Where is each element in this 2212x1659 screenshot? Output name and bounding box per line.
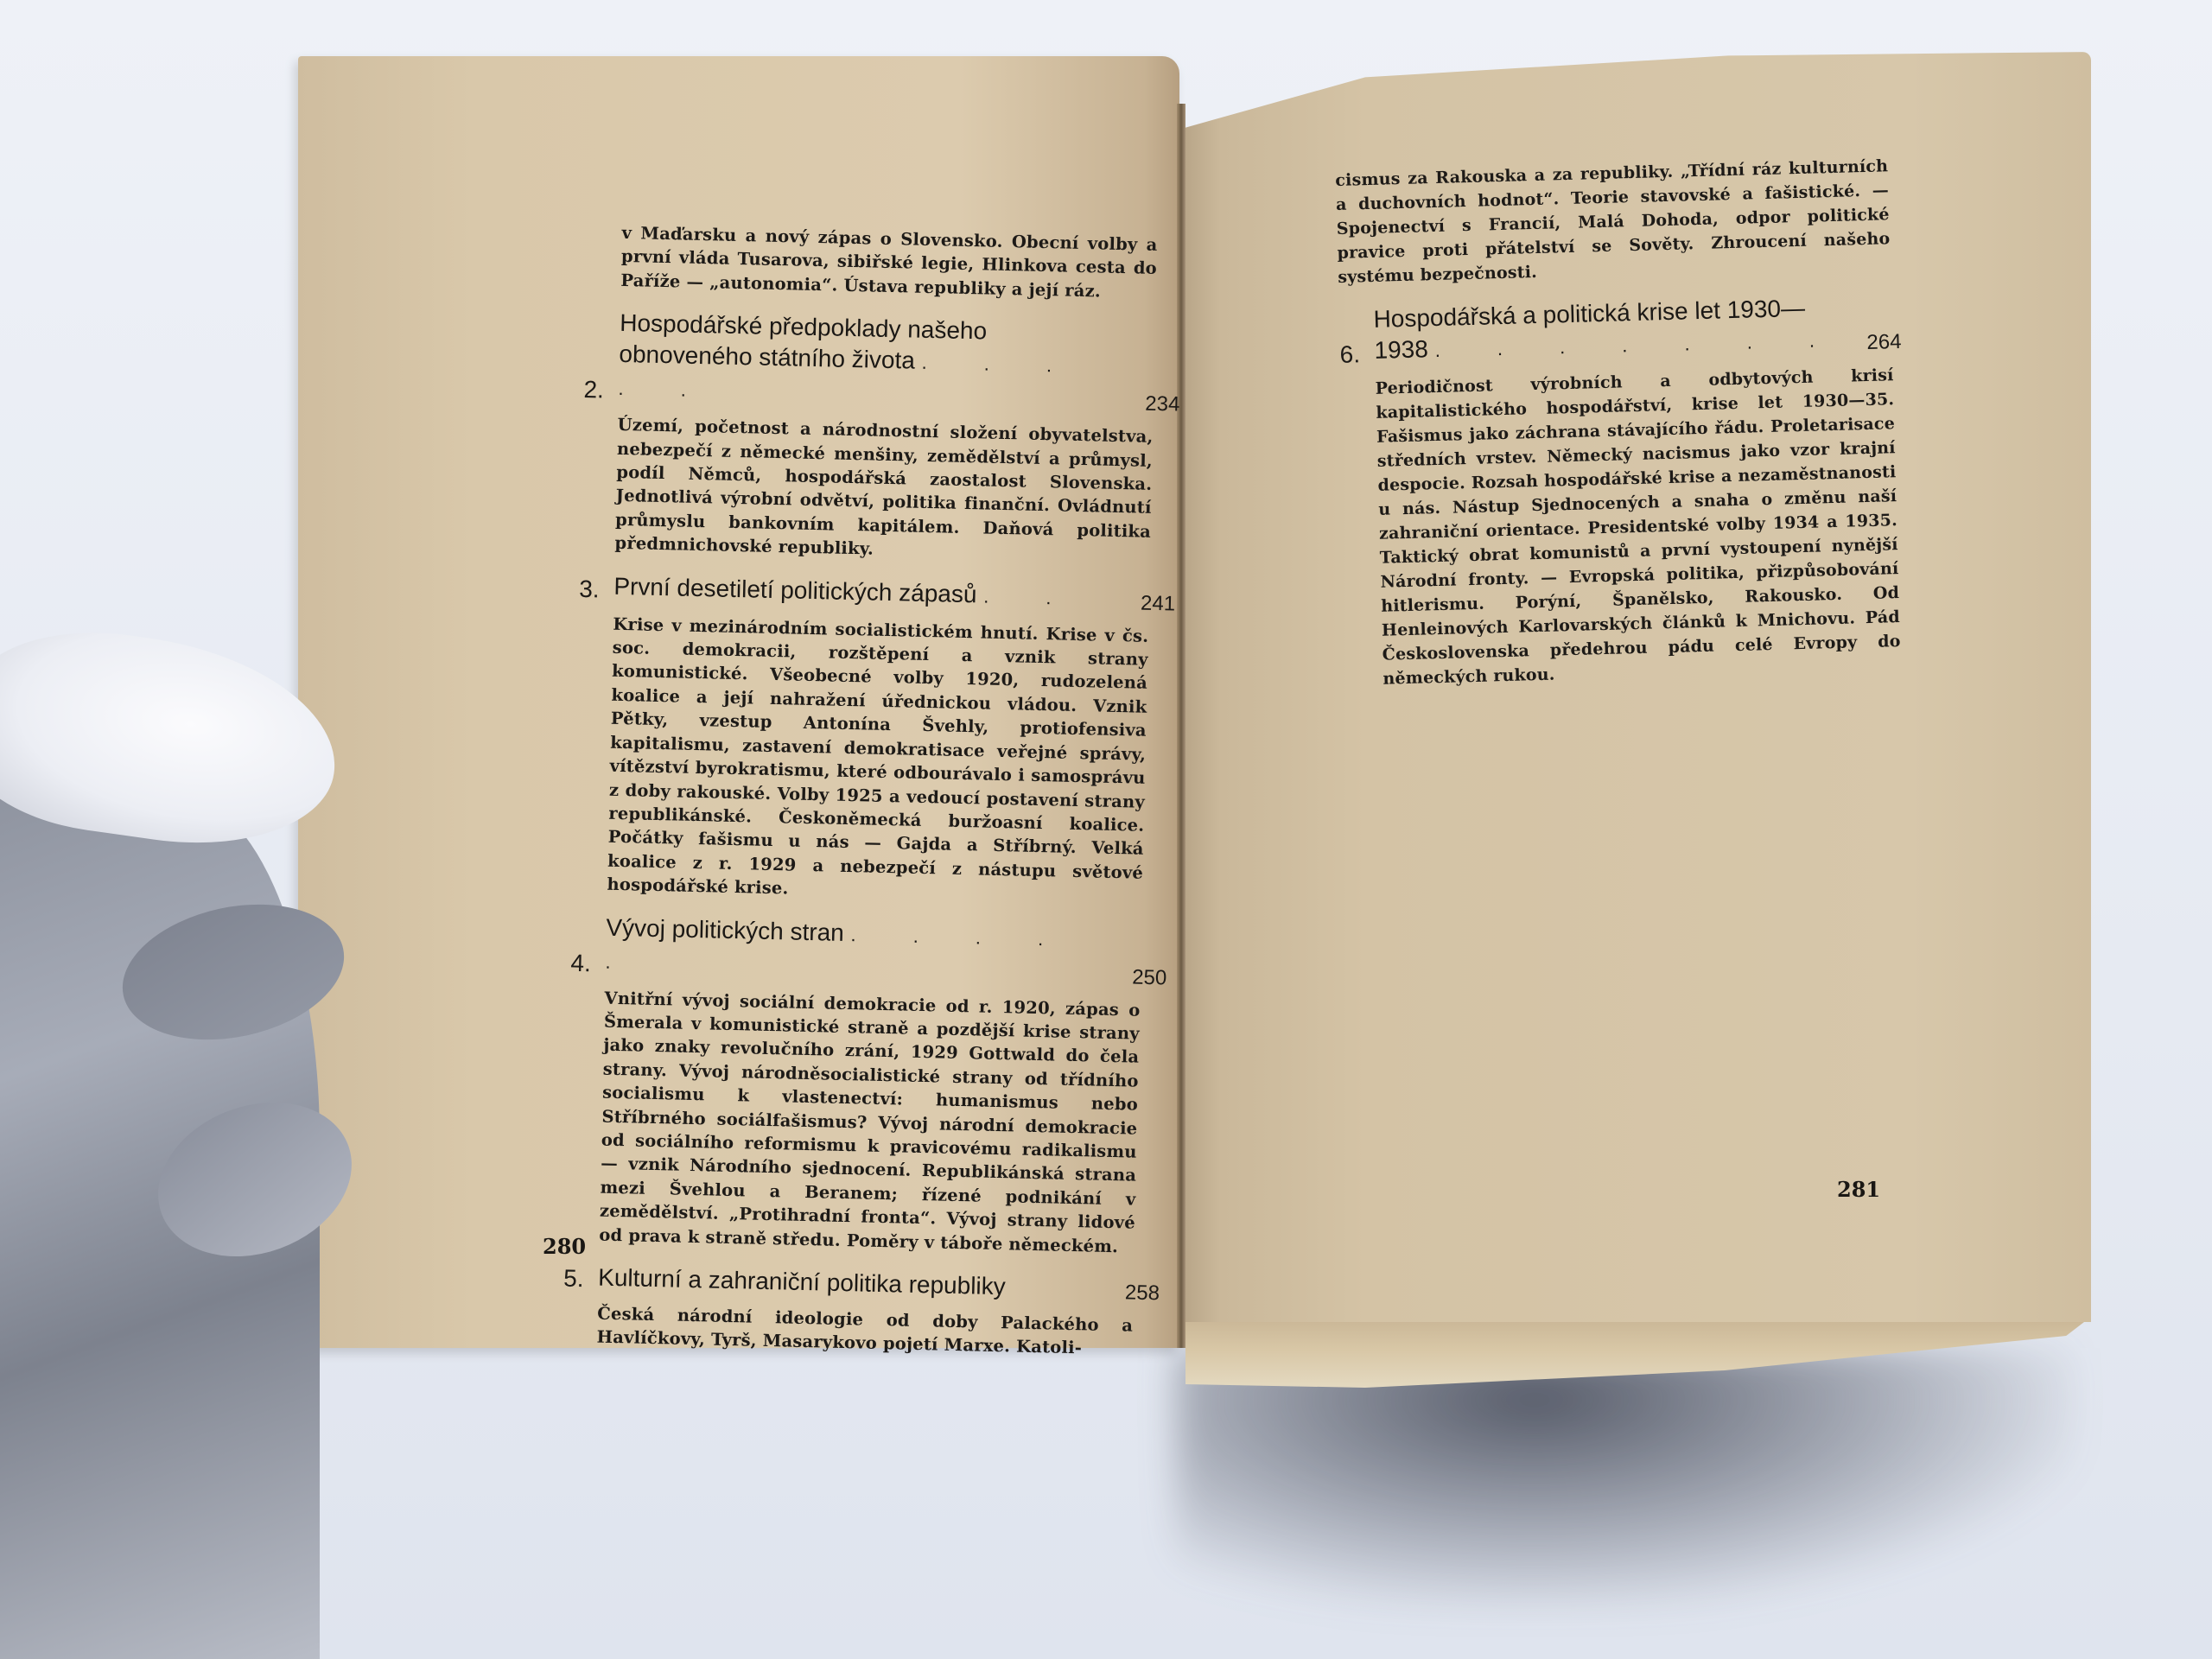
left-page-content: v Maďarsku a nový zápas o Slovensko. Obe…: [562, 220, 1174, 1362]
entry-number: 3.: [579, 575, 614, 604]
toc-entry-3: 3. První desetiletí politických zápasů .…: [579, 570, 1167, 616]
entry-number: 5.: [563, 1265, 599, 1294]
leader-dots: . .: [983, 585, 1077, 608]
toc-entry-5: 5. Kulturní a zahraniční politika republ…: [563, 1262, 1152, 1306]
toc-entry-4: 4. Vývoj politických stran . . . . . 250: [570, 911, 1160, 989]
right-page-number: 281: [1837, 1177, 1880, 1202]
toc-entry-2: 2. Hospodářské předpoklady našeho obnove…: [583, 307, 1173, 416]
entry-description: Vnitřní vývoj sociální demokracie od r. …: [599, 986, 1158, 1259]
toc-entry-6: 6. Hospodářská a politická krise let 193…: [1338, 290, 1893, 369]
entry-title: První desetiletí politických zápasů . .: [613, 570, 1167, 616]
right-intro-text: cismus za Rakouska a za republiky. „Tříd…: [1335, 154, 1891, 289]
entry-description: Území, početnost a národnostní složení o…: [614, 413, 1171, 568]
entry-page-number: 264: [1866, 330, 1902, 355]
gloved-hand: [0, 622, 354, 1659]
entry-title: Hospodářská a politická krise let 1930—1…: [1373, 290, 1893, 368]
entry-description: Periodičnost výrobních a odbytových kris…: [1375, 363, 1901, 691]
left-intro-text: v Maďarsku a nový zápas o Slovensko. Obe…: [620, 221, 1175, 305]
entry-page-number: 241: [1141, 591, 1176, 616]
entry-description: Krise v mezinárodním socialistickém hnut…: [607, 612, 1166, 908]
entry-number: 2.: [583, 376, 619, 404]
entry-page-number: 258: [1125, 1281, 1160, 1306]
book-gutter: [1177, 104, 1185, 1348]
entry-title: Vývoj politických stran . . . . .: [605, 912, 1160, 990]
entry-title: Kulturní a zahraniční politika republiky: [598, 1262, 1152, 1306]
entry-page-number: 234: [1145, 392, 1180, 417]
right-page-content: cismus za Rakouska a za republiky. „Tříd…: [1335, 154, 1902, 692]
entry-description: Česká národní ideologie od doby Palackéh…: [596, 1302, 1150, 1362]
entry-number: 4.: [570, 949, 606, 977]
entry-page-number: 250: [1132, 965, 1167, 990]
leader-dots: . . . . . . .: [1434, 329, 1840, 361]
photo-scene: v Maďarsku a nový zápas o Slovensko. Obe…: [0, 0, 2212, 1659]
entry-title: Hospodářské předpoklady našeho obnovenéh…: [618, 308, 1173, 416]
entry-number: 6.: [1339, 340, 1375, 369]
left-page-number: 280: [543, 1234, 586, 1259]
book-shadow: [1175, 1348, 2074, 1607]
